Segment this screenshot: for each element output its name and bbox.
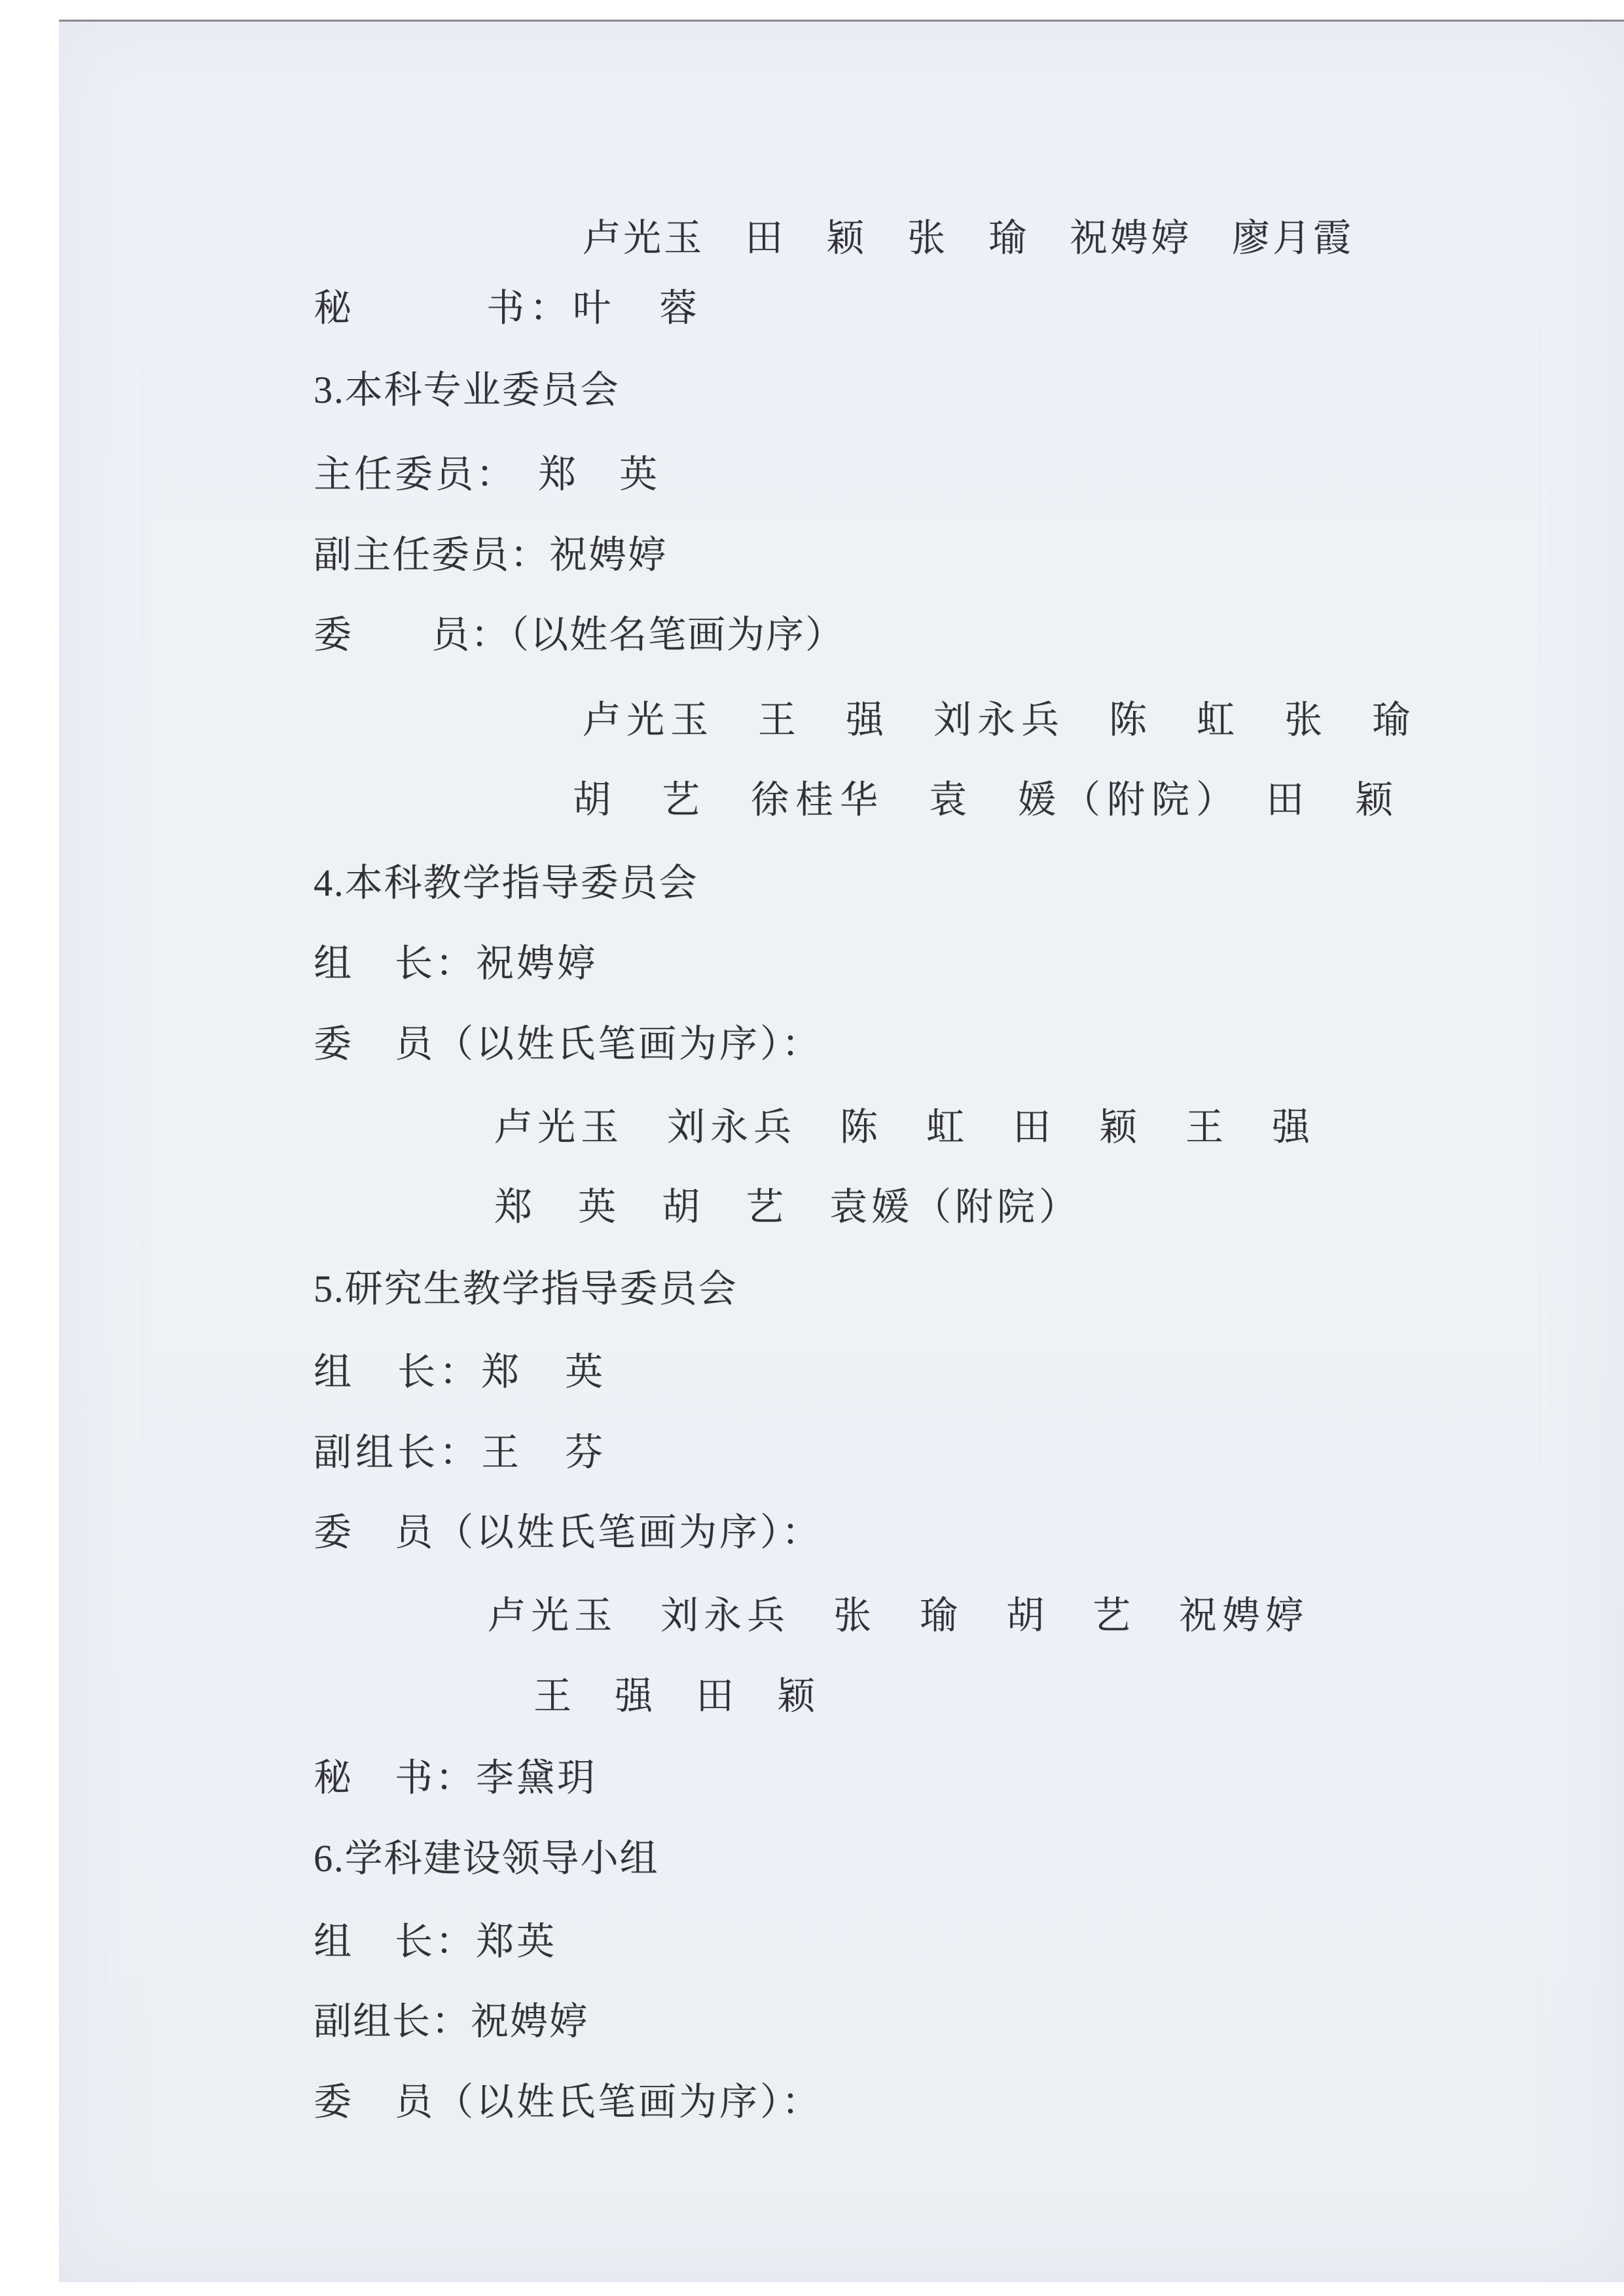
members-list-line-b: 胡 艺 徐桂华 袁 媛（附院） 田 颖 bbox=[573, 780, 1399, 820]
members-label-line: 委 员：（以姓名笔画为序） bbox=[314, 615, 844, 655]
secretary-line: 秘 书：叶 蓉 bbox=[314, 288, 702, 329]
section-3-heading: 3.本科专业委员会 bbox=[314, 370, 620, 410]
members-label-line: 委 员（以姓氏笔画为序）： bbox=[314, 1024, 822, 1065]
members-list-line-a: 卢光玉 刘永兵 陈 虹 田 颖 王 强 bbox=[494, 1107, 1315, 1148]
members-list-line-b: 王 强 田 颖 bbox=[533, 1676, 818, 1717]
vice-chair-member-line: 副主任委员：祝娉婷 bbox=[314, 535, 667, 575]
members-list-line-b: 郑 英 胡 艺 袁媛（附院） bbox=[494, 1187, 1081, 1228]
committee-members-continued-line: 卢光玉 田 颖 张 瑜 祝娉婷 廖月霞 bbox=[583, 218, 1354, 259]
group-leader-line: 组 长：郑 英 bbox=[314, 1352, 607, 1393]
deputy-group-leader-line: 副组长：王 芬 bbox=[314, 1432, 607, 1473]
section-5-heading: 5.研究生教学指导委员会 bbox=[314, 1269, 738, 1309]
scanned-page: 卢光玉 田 颖 张 瑜 祝娉婷 廖月霞 秘 书：叶 蓉 3.本科专业委员会 主任… bbox=[59, 20, 1624, 2282]
section-6-heading: 6.学科建设领导小组 bbox=[314, 1838, 659, 1879]
group-leader-line: 组 长：郑英 bbox=[314, 1922, 557, 1962]
group-leader-line: 组 长：祝娉婷 bbox=[314, 943, 598, 984]
deputy-group-leader-line: 副组长：祝娉婷 bbox=[314, 2001, 588, 2042]
secretary-line: 秘 书：李黛玥 bbox=[314, 1758, 598, 1798]
members-list-line-a: 卢光玉 王 强 刘永兵 陈 虹 张 瑜 bbox=[583, 700, 1416, 740]
members-label-line: 委 员（以姓氏笔画为序）： bbox=[314, 2082, 822, 2123]
scanner-background: 卢光玉 田 颖 张 瑜 祝娉婷 廖月霞 秘 书：叶 蓉 3.本科专业委员会 主任… bbox=[0, 0, 1624, 2296]
members-label-line: 委 员（以姓氏笔画为序）： bbox=[314, 1512, 822, 1553]
members-list-line-a: 卢光玉 刘永兵 张 瑜 胡 艺 祝娉婷 bbox=[488, 1595, 1308, 1636]
chair-member-line: 主任委员： 郑 英 bbox=[314, 454, 660, 495]
section-4-heading: 4.本科教学指导委员会 bbox=[314, 863, 698, 903]
